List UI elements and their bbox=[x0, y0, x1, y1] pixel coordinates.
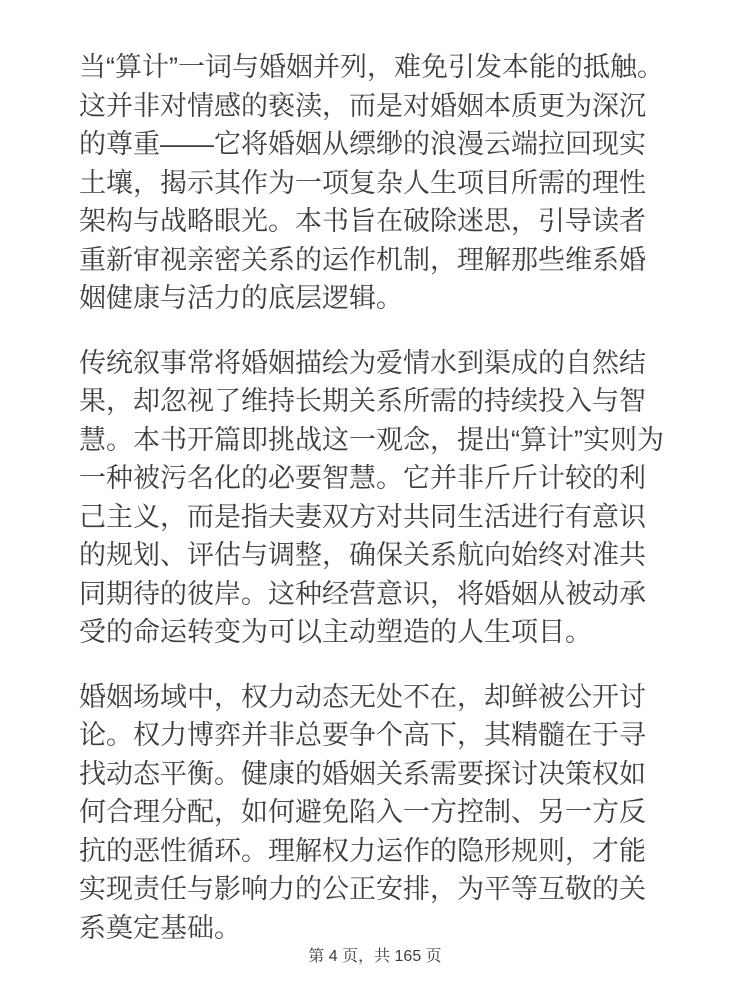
page-content: 当“算计”一词与婚姻并列，难免引发本能的抵触。这并非对情感的亵渎，而是对婚姻本质… bbox=[79, 0, 671, 947]
page-indicator: 第 4 页，共 165 页 bbox=[308, 948, 441, 965]
paragraph-3: 婚姻场域中，权力动态无处不在，却鲜被公开讨论。权力博弈并非总要争个高下，其精髓在… bbox=[79, 678, 671, 948]
page-footer: 第 4 页，共 165 页 bbox=[0, 947, 750, 967]
document-page: 当“算计”一词与婚姻并列，难免引发本能的抵触。这并非对情感的亵渎，而是对婚姻本质… bbox=[0, 0, 750, 1000]
paragraph-2: 传统叙事常将婚姻描绘为爱情水到渠成的自然结果，却忽视了维持长期关系所需的持续投入… bbox=[79, 344, 671, 652]
paragraph-1: 当“算计”一词与婚姻并列，难免引发本能的抵触。这并非对情感的亵渎，而是对婚姻本质… bbox=[79, 48, 671, 318]
